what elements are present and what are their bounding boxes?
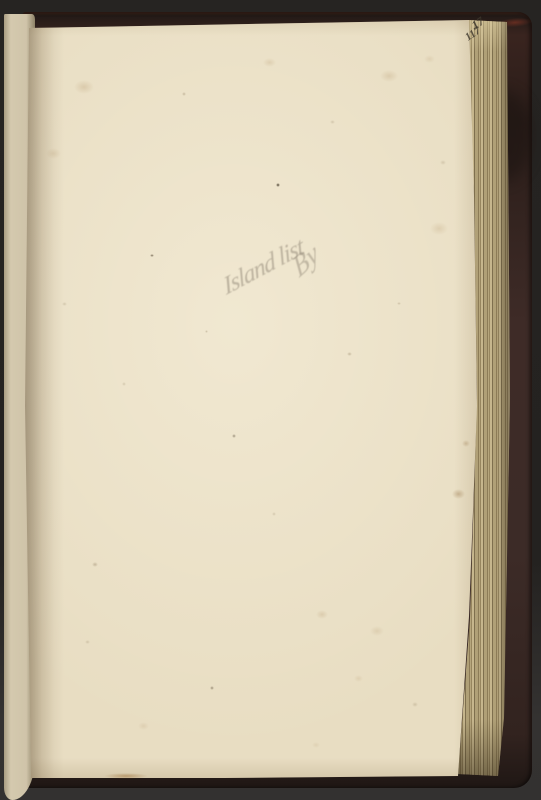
- blank-page: Island list By: [24, 16, 480, 784]
- pencil-inscription-line2: By: [289, 236, 323, 285]
- gutter-shadow: [24, 16, 64, 784]
- book-photograph: Island list By 17 117: [0, 0, 541, 800]
- pencil-inscription: Island list By: [24, 16, 480, 784]
- pencil-inscription-line1: Island list: [221, 233, 306, 302]
